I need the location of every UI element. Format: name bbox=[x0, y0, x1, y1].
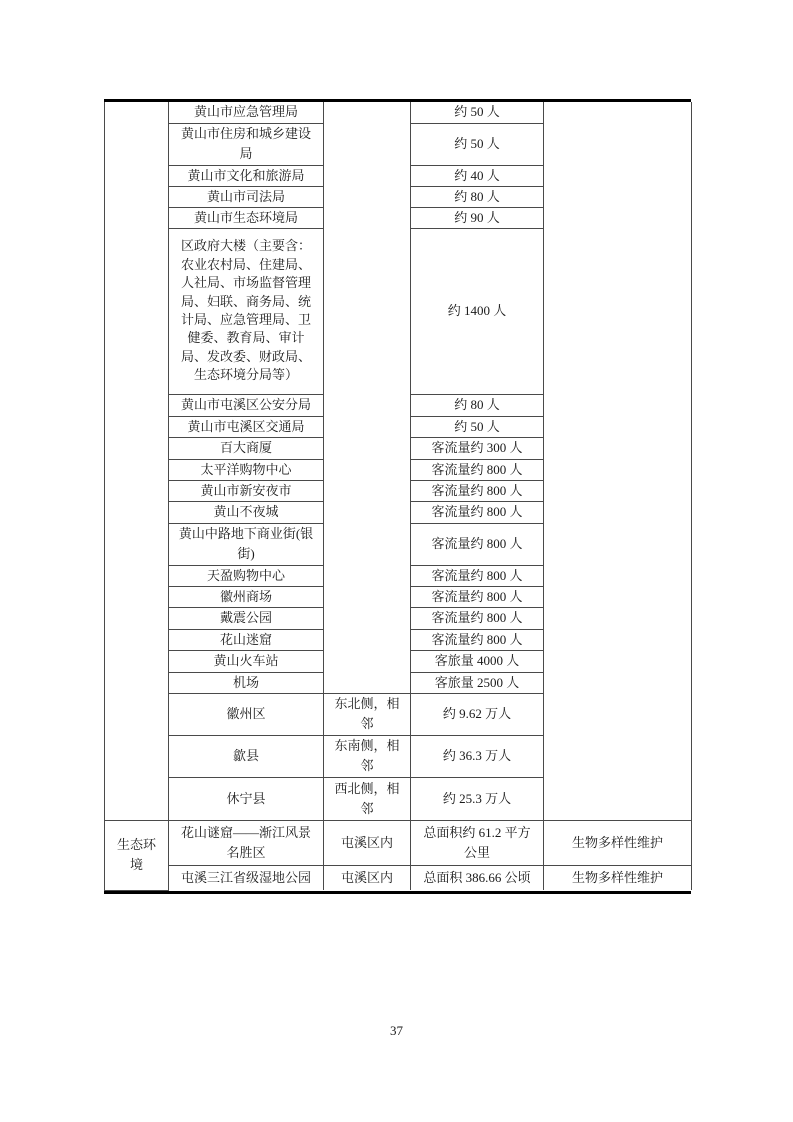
facility-name-cell: 黄山市司法局 bbox=[169, 186, 324, 207]
facility-name-cell: 徽州商场 bbox=[169, 586, 324, 607]
eco-site-area-cell: 总面积 386.66 公顷 bbox=[411, 865, 544, 890]
headcount-cell: 客流量约 300 人 bbox=[411, 437, 544, 459]
population-cell: 约 36.3 万人 bbox=[411, 735, 544, 777]
section-label-empty-cell bbox=[105, 102, 169, 820]
facility-name-cell: 戴震公园 bbox=[169, 607, 324, 629]
headcount-cell: 约 50 人 bbox=[411, 416, 544, 437]
relative-position-empty-cell bbox=[324, 102, 411, 693]
headcount-cell: 客流量约 800 人 bbox=[411, 480, 544, 501]
facility-name-cell: 黄山市应急管理局 bbox=[169, 102, 324, 123]
impact-empty-cell bbox=[544, 102, 692, 820]
population-cell: 约 25.3 万人 bbox=[411, 777, 544, 820]
facility-name-cell: 黄山不夜城 bbox=[169, 501, 324, 523]
facility-name-cell: 区政府大楼（主要含：农业农村局、住建局、人社局、市场监督管理局、妇联、商务局、统… bbox=[169, 228, 324, 394]
headcount-cell: 客流量约 800 人 bbox=[411, 607, 544, 629]
headcount-cell: 约 80 人 bbox=[411, 394, 544, 416]
eco-site-note-cell: 生物多样性维护 bbox=[544, 820, 692, 865]
headcount-cell: 约 50 人 bbox=[411, 123, 544, 165]
eco-site-note-cell: 生物多样性维护 bbox=[544, 865, 692, 890]
facility-name-cell: 黄山市文化和旅游局 bbox=[169, 165, 324, 186]
facility-name-cell: 黄山火车站 bbox=[169, 650, 324, 672]
headcount-cell: 约 90 人 bbox=[411, 207, 544, 228]
headcount-cell: 客旅量 4000 人 bbox=[411, 650, 544, 672]
facility-name-cell: 百大商厦 bbox=[169, 437, 324, 459]
headcount-cell: 约 80 人 bbox=[411, 186, 544, 207]
facility-name-cell: 黄山市屯溪区交通局 bbox=[169, 416, 324, 437]
facility-name-cell: 太平洋购物中心 bbox=[169, 459, 324, 480]
facility-name-cell: 花山迷窟 bbox=[169, 629, 324, 650]
headcount-cell: 客流量约 800 人 bbox=[411, 586, 544, 607]
headcount-cell: 客流量约 800 人 bbox=[411, 629, 544, 650]
district-name-cell: 徽州区 bbox=[169, 693, 324, 735]
relative-position-cell: 西北侧，相邻 bbox=[324, 777, 411, 820]
document-page: 黄山市应急管理局 约 50 人 黄山市住房和城乡建设局 约 50 人 黄山市文化… bbox=[0, 0, 793, 1122]
table-wrapper: 黄山市应急管理局 约 50 人 黄山市住房和城乡建设局 约 50 人 黄山市文化… bbox=[104, 99, 691, 894]
facility-name-cell: 黄山市住房和城乡建设局 bbox=[169, 123, 324, 165]
headcount-cell: 客流量约 800 人 bbox=[411, 459, 544, 480]
headcount-cell: 约 40 人 bbox=[411, 165, 544, 186]
relative-position-cell: 东南侧，相邻 bbox=[324, 735, 411, 777]
facility-name-cell: 黄山市屯溪区公安分局 bbox=[169, 394, 324, 416]
headcount-cell: 客流量约 800 人 bbox=[411, 501, 544, 523]
relative-position-cell: 东北侧，相邻 bbox=[324, 693, 411, 735]
eco-site-location-cell: 屯溪区内 bbox=[324, 865, 411, 890]
eco-section-label-cell: 生态环境 bbox=[105, 820, 169, 890]
headcount-cell: 约 1400 人 bbox=[411, 228, 544, 394]
district-name-cell: 休宁县 bbox=[169, 777, 324, 820]
facility-name-cell: 黄山市生态环境局 bbox=[169, 207, 324, 228]
facility-name-cell: 机场 bbox=[169, 672, 324, 693]
eco-site-location-cell: 屯溪区内 bbox=[324, 820, 411, 865]
population-cell: 约 9.62 万人 bbox=[411, 693, 544, 735]
headcount-cell: 约 50 人 bbox=[411, 102, 544, 123]
headcount-cell: 客旅量 2500 人 bbox=[411, 672, 544, 693]
eco-site-name-cell: 屯溪三江省级湿地公园 bbox=[169, 865, 324, 890]
facility-name-cell: 天盈购物中心 bbox=[169, 565, 324, 586]
facilities-table: 黄山市应急管理局 约 50 人 黄山市住房和城乡建设局 约 50 人 黄山市文化… bbox=[104, 102, 692, 891]
eco-site-area-cell: 总面积约 61.2 平方公里 bbox=[411, 820, 544, 865]
facility-name-cell: 黄山市新安夜市 bbox=[169, 480, 324, 501]
facility-name-cell: 黄山中路地下商业街(银街) bbox=[169, 523, 324, 565]
page-number: 37 bbox=[0, 1023, 793, 1039]
district-name-cell: 歙县 bbox=[169, 735, 324, 777]
headcount-cell: 客流量约 800 人 bbox=[411, 565, 544, 586]
eco-site-name-cell: 花山谜窟——渐江风景名胜区 bbox=[169, 820, 324, 865]
headcount-cell: 客流量约 800 人 bbox=[411, 523, 544, 565]
